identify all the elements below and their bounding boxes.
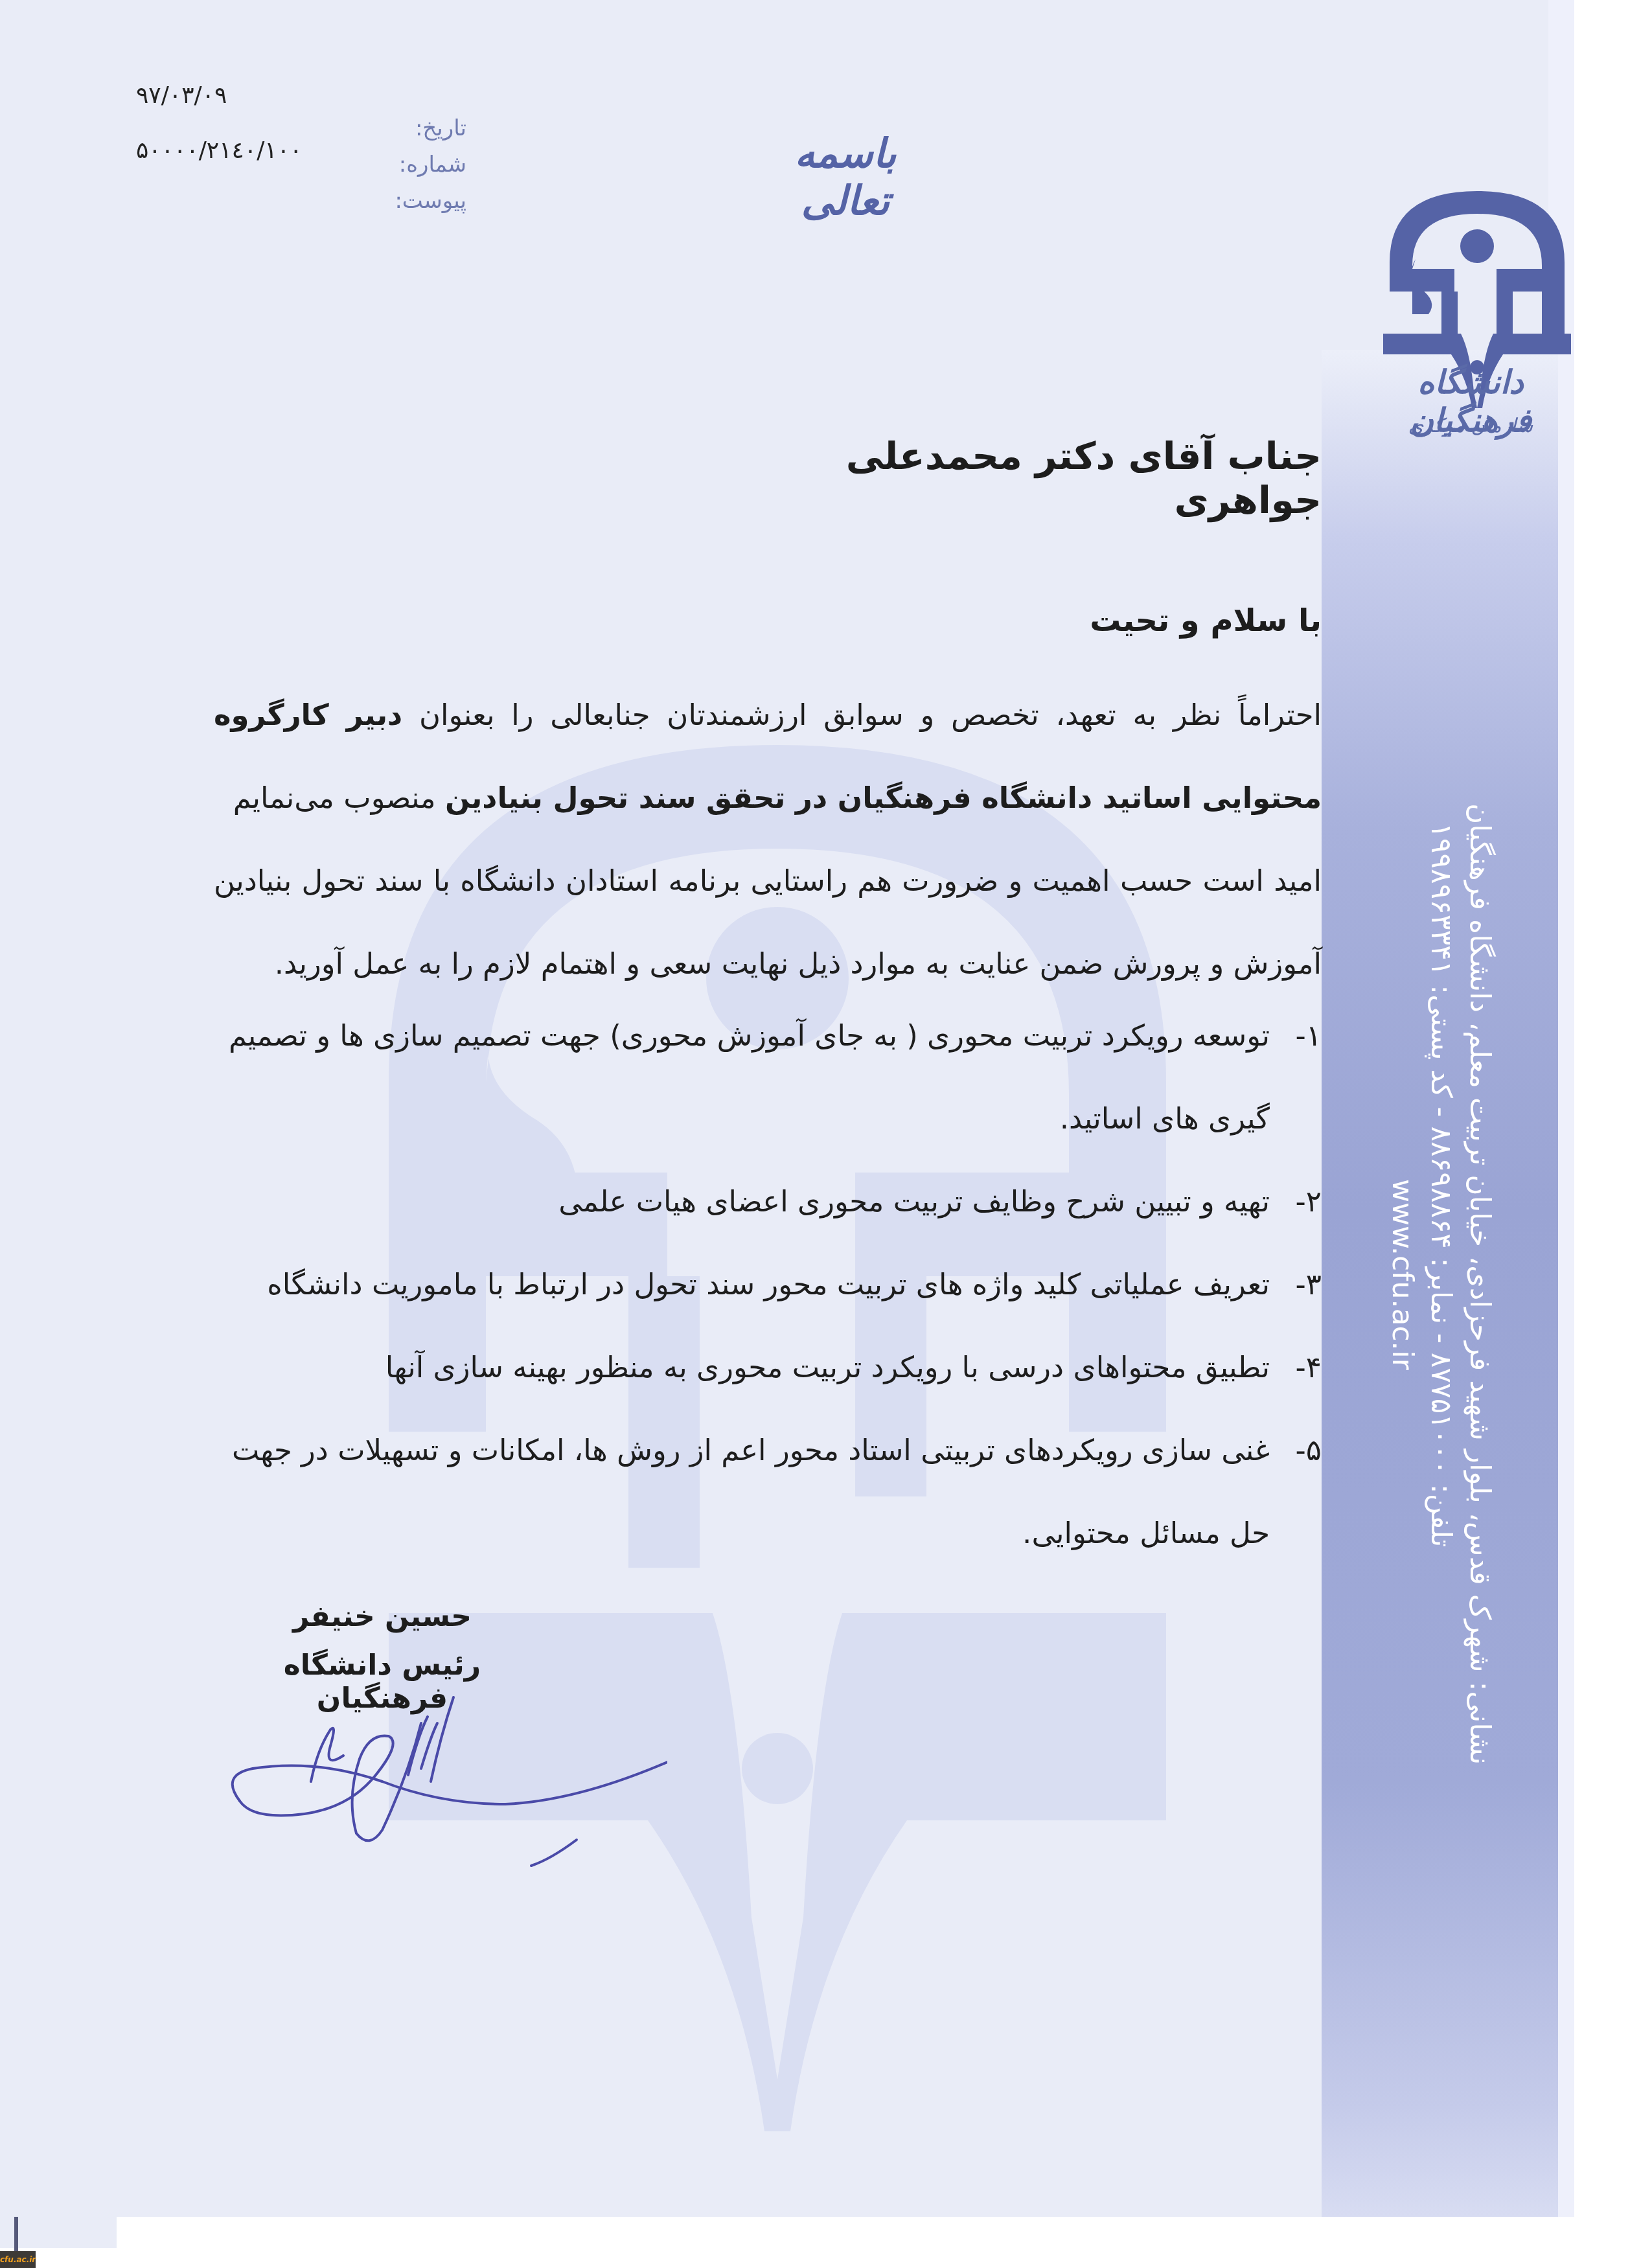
source-watermark-badge: cfu.ac.ir: [0, 2251, 36, 2268]
appointment-intro: احتراماً نظر به تعهد، تخصص و سوابق ارزشم…: [402, 698, 1322, 732]
logo-subtitle: سازمان مرکزی: [1386, 415, 1555, 437]
basmala-heading: باسمه تعالی: [764, 130, 926, 224]
list-item: ۱-توسعه رویکرد تربیت محوری ( به جای آموز…: [214, 994, 1322, 1160]
scan-margin-right: [1574, 0, 1652, 2268]
list-item: ۲-تهیه و تبیین شرح وظایف تربیت محوری اعض…: [214, 1160, 1322, 1243]
list-item: ۵-غنی سازی رویکردهای تربیتی استاد محور ا…: [214, 1409, 1322, 1575]
number-value: ۵۰۰۰۰/۲۱٤۰/۱۰۰: [136, 123, 330, 178]
letter-meta-labels: تاریخ: شماره: پیوست:: [363, 110, 466, 219]
date-value: ۹۷/۰۳/۰۹: [136, 68, 330, 123]
signatory-name: حسین خنیفر: [246, 1600, 518, 1633]
duties-list: ۱-توسعه رویکرد تربیت محوری ( به جای آموز…: [214, 994, 1322, 1575]
scan-margin-bottom: [117, 2217, 1652, 2268]
number-label: شماره:: [363, 146, 466, 183]
letter-meta-values: ۹۷/۰۳/۰۹ ۵۰۰۰۰/۲۱٤۰/۱۰۰: [136, 68, 330, 178]
appointment-end: منصوب می‌نمایم: [233, 781, 445, 815]
attachment-label: پیوست:: [363, 183, 466, 219]
letter-body: احتراماً نظر به تعهد، تخصص و سوابق ارزشم…: [214, 674, 1322, 1005]
list-item: ۳-تعریف عملیاتی کلید واژه های تربیت محور…: [214, 1243, 1322, 1326]
website-link[interactable]: www.cfu.ac.ir: [1386, 1179, 1419, 1370]
request-paragraph: امید است حسب اهمیت و ضرورت هم راستایی بر…: [214, 864, 1322, 981]
greeting: با سلام و تحیت: [972, 602, 1322, 639]
handwritten-signature-icon: [214, 1684, 667, 1879]
address-line: نشانی: شهرک قدس، بلوار شهید فرحزادی، خیا…: [1463, 803, 1497, 1765]
letterhead-address-block: نشانی: شهرک قدس، بلوار شهید فرحزادی، خیا…: [1367, 803, 1548, 1775]
date-label: تاریخ:: [363, 110, 466, 146]
addressee: جناب آقای دکتر محمدعلی جواهری: [777, 434, 1322, 522]
list-item: ۴-تطبیق محتواهای درسی با رویکرد تربیت مح…: [214, 1326, 1322, 1409]
phone-fax-postal-line: تلفن: ۸۷۷۵۱۰۰۰ - نمابر: ۸۸۶۹۸۸۶۴ - کد پس…: [1425, 823, 1458, 1547]
